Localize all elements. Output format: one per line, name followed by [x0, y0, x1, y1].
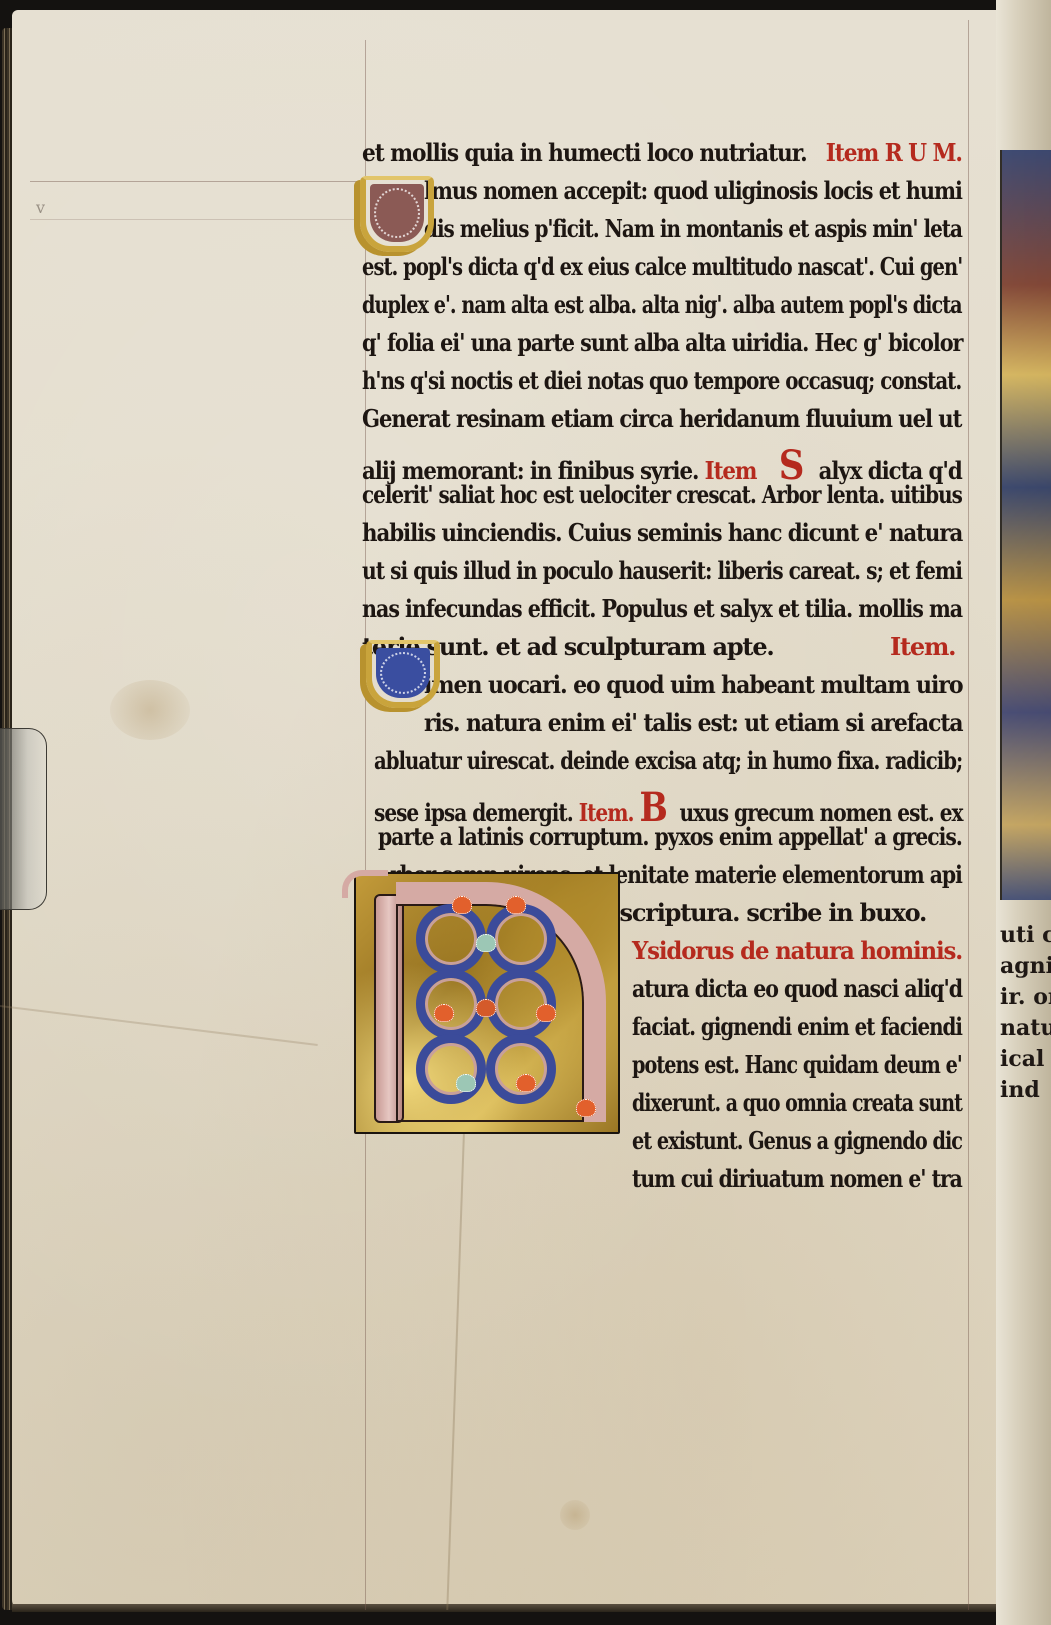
- illuminated-initial-natura: [354, 872, 620, 1134]
- rubric: Item R U M.: [826, 138, 962, 167]
- illuminated-initial-vimen: [366, 640, 440, 708]
- text-line: est. popl's dicta q'd ex eius calce mult…: [362, 252, 962, 281]
- text-line: ris. natura enim ei' talis est: ut etiam…: [424, 708, 962, 737]
- text-line: tum cui diriuatum nomen e' tra: [632, 1164, 962, 1193]
- facing-page-text: uti c agni ir. om natu ical ind: [1000, 920, 1051, 1106]
- leaf-ornament: [434, 1004, 454, 1022]
- leaf-ornament: [516, 1074, 536, 1092]
- text-line: lmus nomen accepit: quod uliginosis loci…: [424, 176, 962, 205]
- book-clasp: [0, 728, 47, 910]
- stain: [110, 680, 190, 740]
- text-line: parte a latinis corruptum. pyxos enim ap…: [378, 822, 962, 851]
- text-line: celerit' saliat hoc est uelociter cresca…: [362, 480, 962, 509]
- stain: [560, 1500, 590, 1530]
- text-line: imen uocari. eo quod uim habeant multam …: [424, 670, 962, 699]
- text-line: atura dicta eo quod nasci aliq'd: [632, 974, 962, 1003]
- facing-page-miniature: [1000, 150, 1051, 900]
- text-line: potens est. Hanc quidam deum e': [632, 1050, 962, 1079]
- leaf-ornament: [456, 1074, 476, 1092]
- illuminated-initial-ulmus: [360, 176, 434, 252]
- text-line: habilis uinciendis. Cuius seminis hanc d…: [362, 518, 962, 547]
- ruling-right: [968, 20, 969, 1610]
- ruling-top: [30, 181, 360, 182]
- margin-note: v: [36, 198, 45, 217]
- text-line: dis melius p'ficit. Nam in montanis et a…: [424, 214, 962, 243]
- leaf-ornament: [452, 896, 472, 914]
- rubric: Item.: [890, 632, 955, 661]
- interlace-knot: [486, 1034, 556, 1104]
- interlace-knot: [416, 1034, 486, 1104]
- text-line: h'ns q'si noctis et diei notas quo tempo…: [362, 366, 961, 395]
- leaf-ornament: [576, 1099, 596, 1117]
- leaf-ornament: [536, 1004, 556, 1022]
- text-line: duplex e'. nam alta est alba. alta nig'.…: [362, 290, 962, 319]
- text-line: ut si quis illud in poculo hauserit: lib…: [362, 556, 962, 585]
- bottom-page-edges: [12, 1604, 1032, 1612]
- section-heading: Ysidorus de natura hominis.: [632, 936, 962, 965]
- text-line: abluatur uirescat. deinde excisa atq; in…: [374, 746, 962, 775]
- interlace-knot: [486, 904, 556, 974]
- leaf-ornament: [476, 934, 496, 952]
- leaf-ornament: [506, 896, 526, 914]
- text-line: faciat. gignendi enim et faciendi: [632, 1012, 962, 1041]
- ruling-top-2: [30, 219, 360, 220]
- interlace-knot: [416, 969, 486, 1039]
- text-line: q' folia ei' una parte sunt alba alta ui…: [362, 328, 962, 357]
- text-line: Generat resinam etiam circa heridanum fl…: [362, 404, 961, 433]
- interlace-knot: [416, 904, 486, 974]
- text-line: et existunt. Genus a gignendo dic: [632, 1126, 962, 1155]
- text-line: et mollis quia in humecti loco nutriatur…: [362, 138, 962, 167]
- leaf-ornament: [476, 999, 496, 1017]
- text-line: nas infecundas efficit. Populus et salyx…: [362, 594, 962, 623]
- text-line: dixerunt. a quo omnia creata sunt: [632, 1088, 962, 1117]
